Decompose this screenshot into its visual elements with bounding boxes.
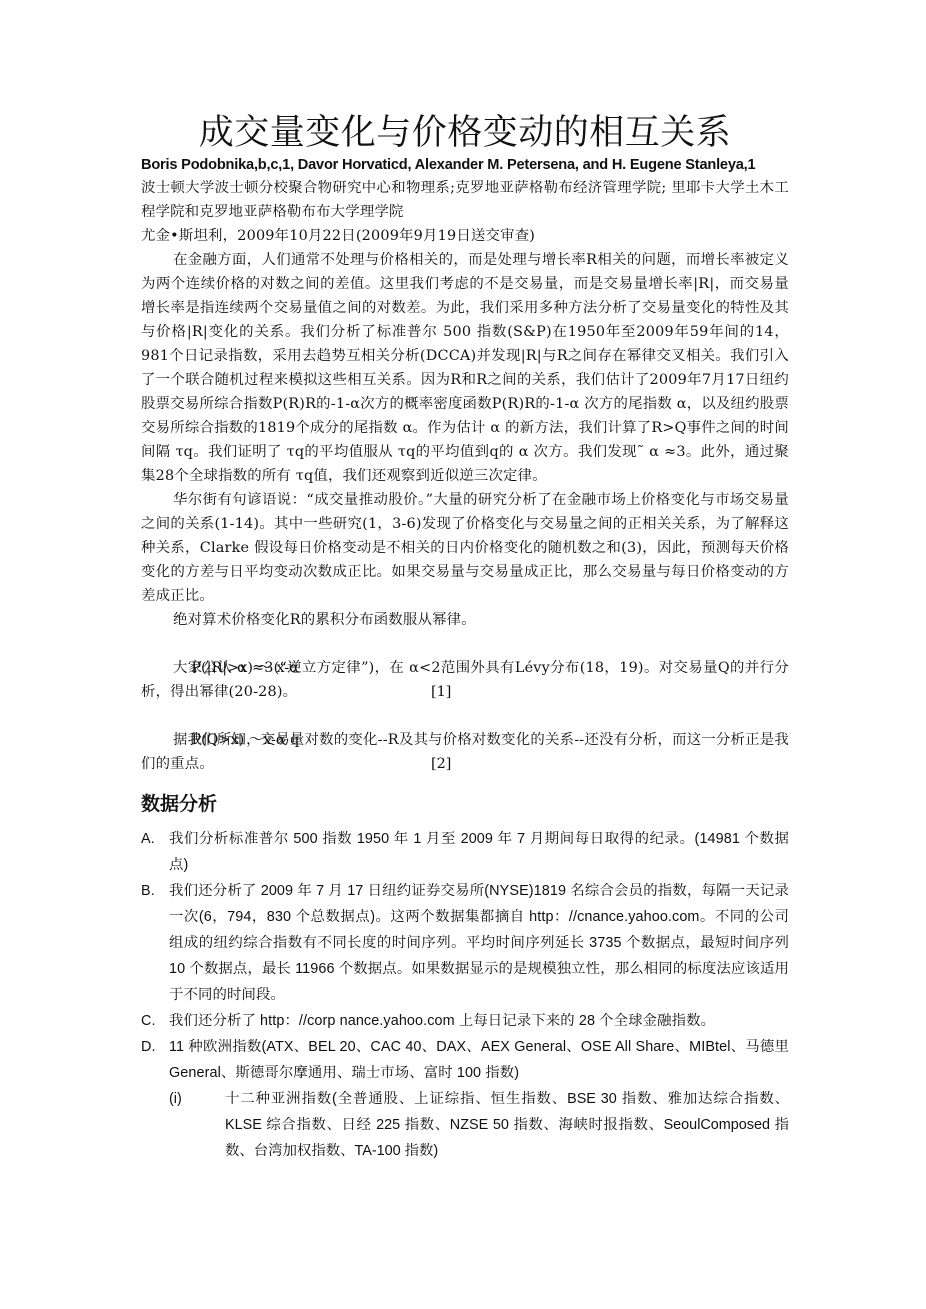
sub-list-item: (i) 十二种亚洲指数(全普通股、上证综指、恒生指数、BSE 30 指数、雅加达… [141,1086,789,1164]
date-line: 尤金•斯坦利，2009年10月22日(2009年9月19日送交审查) [141,224,789,248]
author-list: Boris Podobnika,b,c,1, Davor Horvaticd, … [141,154,789,176]
list-marker: A. [141,826,155,852]
affiliation: 波士顿大学波士顿分校聚合物研究中心和物理系;克罗地亚萨格勒布经济管理学院; 里耶… [141,176,789,224]
list-item-text: 我们分析标准普尔 500 指数 1950 年 1 月至 2009 年 7 月期间… [169,831,789,873]
list-item: D. 11 种欧洲指数(ATX、BEL 20、CAC 40、DAX、AEX Ge… [141,1034,789,1086]
sub-list-marker: (i) [169,1086,182,1112]
section-heading-data-analysis: 数据分析 [141,790,789,818]
intro-paragraph-cdf: 绝对算术价格变化R的累积分布函数服从幂律。 [141,608,789,632]
list-marker: C. [141,1008,156,1034]
sub-list-item-text: 十二种亚洲指数(全普通股、上证综指、恒生指数、BSE 30 指数、雅加达综合指数… [225,1091,789,1159]
list-item-text: 我们还分析了 2009 年 7 月 17 日纽约证券交易所(NYSE)1819 … [169,883,789,1003]
equation-1-expr: P(|R|>x) ～ x-α [191,660,299,676]
equation-2-number: [2] [431,752,451,776]
list-item-text: 我们还分析了 http：//corp nance.yahoo.com 上每日记录… [169,1013,715,1029]
list-item: A. 我们分析标准普尔 500 指数 1950 年 1 月至 2009 年 7 … [141,826,789,878]
list-marker: D. [141,1034,156,1060]
equation-1-number: [1] [431,680,451,704]
equation-2-expr: P(Q>x) ～x-α q [191,732,299,748]
equation-1: P(|R|>x) ～ x-α [1] [141,632,789,656]
document-page: 成交量变化与价格变动的相互关系 Boris Podobnika,b,c,1, D… [141,110,789,1164]
list-item: C. 我们还分析了 http：//corp nance.yahoo.com 上每… [141,1008,789,1034]
list-item: B. 我们还分析了 2009 年 7 月 17 日纽约证券交易所(NYSE)18… [141,878,789,1008]
list-marker: B. [141,878,155,904]
equation-2: P(Q>x) ～x-α q [2] [141,704,789,728]
document-title: 成交量变化与价格变动的相互关系 [141,110,789,156]
abstract-paragraph: 在金融方面，人们通常不处理与价格相关的，而是处理与增长率R相关的问题，而增长率被… [141,248,789,488]
intro-paragraph: 华尔街有句谚语说：“成交量推动股价。”大量的研究分析了在金融市场上价格变化与市场… [141,488,789,608]
data-source-list: A. 我们分析标准普尔 500 指数 1950 年 1 月至 2009 年 7 … [141,826,789,1164]
list-item-text: 11 种欧洲指数(ATX、BEL 20、CAC 40、DAX、AEX Gener… [169,1039,789,1081]
